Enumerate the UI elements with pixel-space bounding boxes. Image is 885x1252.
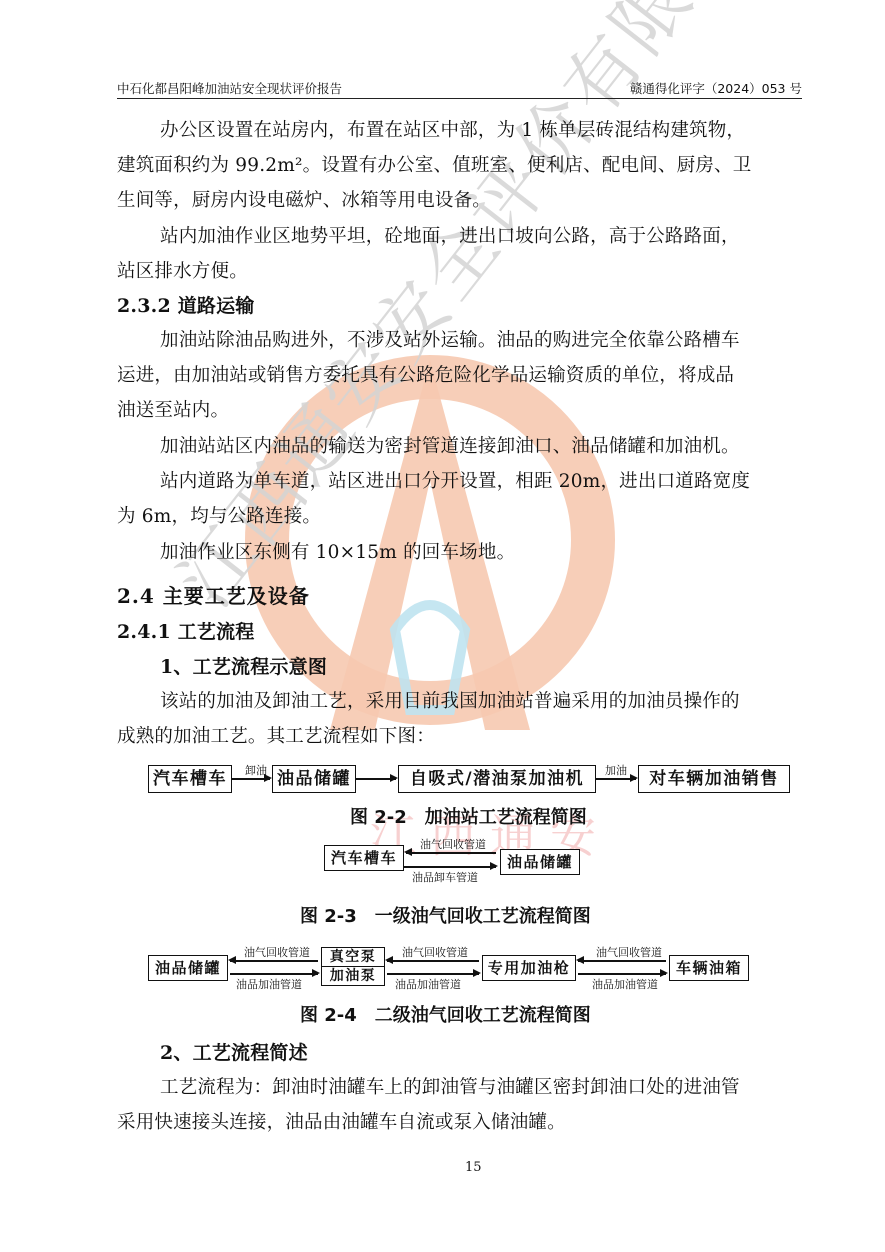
arrow-label: 油品加油管道 xyxy=(592,976,658,992)
flow-box: 车辆油箱 xyxy=(669,955,749,981)
figure-caption: 图 2-2 加油站工艺流程简图 xyxy=(350,803,587,829)
subheading-2: 2、工艺流程简述 xyxy=(160,1038,308,1065)
arrow-label: 油品加油管道 xyxy=(395,976,461,992)
arrow-label: 加油 xyxy=(605,762,627,778)
flow-box: 汽车槽车 xyxy=(324,845,404,871)
section-heading-2-4-1: 2.4.1 工艺流程 xyxy=(117,617,255,644)
paragraph-line: 站区排水方便。 xyxy=(117,257,248,283)
paragraph-line: 加油站站区内油品的输送为密封管道连接卸油口、油品储罐和加油机。 xyxy=(160,432,740,458)
flow-box: 汽车槽车 xyxy=(148,765,232,793)
arrow-left-icon xyxy=(578,960,666,962)
flow-box: 油品储罐 xyxy=(148,955,228,981)
arrow-right-icon xyxy=(596,778,636,780)
flow-box: 自吸式/潜油泵加油机 xyxy=(398,765,596,793)
paragraph-line: 为 6m，均与公路连接。 xyxy=(117,502,321,528)
paragraph-line: 办公区设置在站房内，布置在站区中部，为 1 栋单层砖混结构建筑物， xyxy=(160,116,745,142)
arrow-label: 油气回收管道 xyxy=(244,944,310,960)
arrow-left-icon xyxy=(230,960,318,962)
arrow-right-icon xyxy=(232,778,270,780)
document-page: 江西通安安全评价有限公司 江西通安 中石化都昌阳峰加油站安全现状评价报告 赣通得… xyxy=(0,0,885,1252)
figure-caption: 图 2-4 二级油气回收工艺流程简图 xyxy=(300,1001,591,1027)
figure-caption: 图 2-3 一级油气回收工艺流程简图 xyxy=(300,902,591,928)
flow-box: 专用加油枪 xyxy=(482,955,576,981)
arrow-label: 油气回收管道 xyxy=(596,944,662,960)
page-number: 15 xyxy=(465,1160,482,1175)
paragraph-line: 油送至站内。 xyxy=(117,396,229,422)
paragraph-line: 加油站除油品购进外，不涉及站外运输。油品的购进完全依靠公路槽车 xyxy=(160,326,740,352)
flow-box: 对车辆加油销售 xyxy=(638,765,790,793)
section-heading-2-4: 2.4 主要工艺及设备 xyxy=(117,580,310,609)
arrow-label: 卸油 xyxy=(245,762,267,778)
paragraph-line: 采用快速接头连接，油品由油罐车自流或泵入储油罐。 xyxy=(117,1108,566,1134)
paragraph-line: 站内加油作业区地势平坦，砼地面，进出口坡向公路，高于公路路面， xyxy=(160,222,740,248)
arrow-right-icon xyxy=(230,973,318,975)
arrow-label: 油品加油管道 xyxy=(236,976,302,992)
arrow-right-icon xyxy=(404,866,496,868)
paragraph-line: 工艺流程为：卸油时油罐车上的卸油管与油罐区密封卸油口处的进油管 xyxy=(160,1073,740,1099)
arrow-right-icon xyxy=(578,973,666,975)
paragraph-line: 生间等，厨房内设电磁炉、冰箱等用电设备。 xyxy=(117,186,491,212)
subheading-1: 1、工艺流程示意图 xyxy=(160,652,327,679)
paragraph-line: 建筑面积约为 99.2m²。设置有办公室、值班室、便利店、配电间、厨房、卫 xyxy=(117,151,751,177)
section-heading-2-3-2: 2.3.2 道路运输 xyxy=(117,291,255,318)
arrow-right-icon xyxy=(356,778,396,780)
arrow-label: 油气回收管道 xyxy=(402,944,468,960)
arrow-label: 油品卸车管道 xyxy=(412,869,478,885)
page-header: 中石化都昌阳峰加油站安全现状评价报告 赣通得化评字（2024）053 号 xyxy=(117,76,802,99)
arrow-right-icon xyxy=(387,973,479,975)
paragraph-line: 加油作业区东侧有 10×15m 的回车场地。 xyxy=(160,538,515,564)
paragraph-line: 运进，由加油站或销售方委托具有公路危险化学品运输资质的单位，将成品 xyxy=(117,361,734,387)
flow-box-vacuum-pump: 真空泵 xyxy=(321,947,385,967)
arrow-label: 油气回收管道 xyxy=(420,836,486,852)
flow-box-fuel-pump: 加油泵 xyxy=(321,966,385,986)
arrow-left-icon xyxy=(406,852,496,854)
flow-box: 油品储罐 xyxy=(272,765,356,793)
flow-box: 油品储罐 xyxy=(500,849,580,875)
paragraph-line: 站内道路为单车道，站区进出口分开设置，相距 20m，进出口道路宽度 xyxy=(160,467,750,493)
arrow-left-icon xyxy=(387,960,479,962)
report-number: 赣通得化评字（2024）053 号 xyxy=(630,79,802,97)
paragraph-line: 成熟的加油工艺。其工艺流程如下图： xyxy=(117,722,435,748)
report-title: 中石化都昌阳峰加油站安全现状评价报告 xyxy=(117,79,342,97)
paragraph-line: 该站的加油及卸油工艺，采用目前我国加油站普遍采用的加油员操作的 xyxy=(160,687,740,713)
